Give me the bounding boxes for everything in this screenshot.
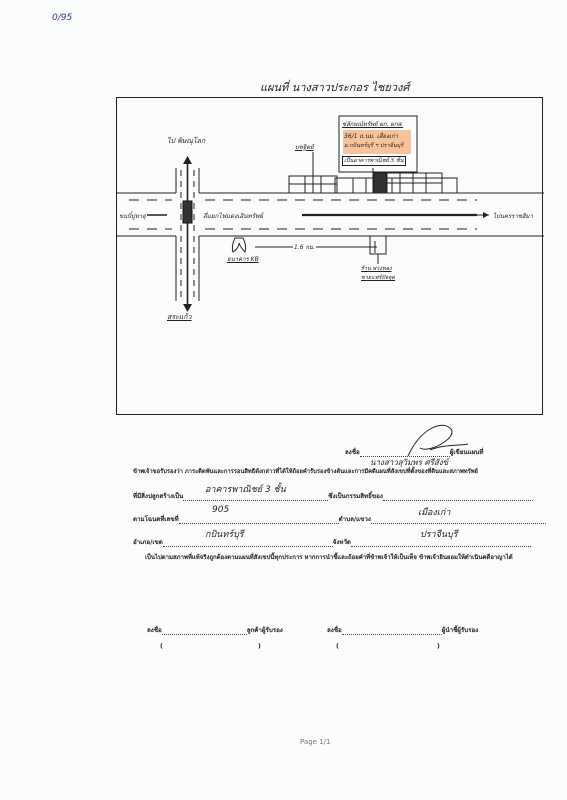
district-value: กบินทร์บุรี	[205, 527, 244, 541]
signature-scribble	[400, 420, 470, 460]
label-school: บขฐิตย์	[295, 142, 314, 152]
deed-label: ตามโฉนดที่เลขที่	[133, 516, 179, 523]
building-label: ที่มีสิ่งปลูกสร้างเป็น	[133, 493, 183, 500]
district-row: อำเภอ/เขตจังหวัด	[133, 537, 531, 547]
customer-paren-close: )	[258, 643, 261, 650]
district-label: อำเภอ/เขต	[133, 539, 163, 546]
sketch-map: ไป พิษณุโลก สระแก้ว ขนบิ๋ปูทาอุ ไปนครราช…	[116, 97, 543, 415]
document-number: 0/95	[52, 13, 72, 23]
label-shop-line2: ขายแฟร์ปัจจุด	[361, 274, 395, 282]
building-value: อาคารพาณิชย์ 3 ชั้น	[205, 482, 286, 496]
certification-statement: เป็นไปตามสภาพที่แท้จริงถูกต้องตามแผนที่ส…	[145, 552, 513, 562]
subdistrict-label: ตำบล/แขวง	[339, 516, 371, 523]
guide-paren-open: (	[336, 643, 339, 650]
traffic-light-icon	[183, 201, 192, 223]
deed-value: 905	[212, 505, 229, 515]
east-arrow-icon	[483, 212, 489, 218]
subdistrict-value: เมืองเก่า	[418, 505, 450, 519]
building-row: ที่มีสิ่งปลูกสร้างเป็นซึ่งเป็นกรรมสิทธิ์…	[133, 491, 533, 501]
guide-role: ผู้นำชี้ผู้รับรอง	[442, 627, 478, 634]
certification-intro: ข้าพเจ้าขอรับรองว่า ภาระติดพันและการรอนส…	[133, 466, 478, 476]
label-west-road: ขนบิ๋ปูทาอุ	[119, 211, 146, 221]
kbank-logo-icon	[232, 238, 245, 252]
south-arrow-icon	[183, 304, 192, 312]
north-south-road	[176, 160, 199, 308]
customer-signature-line: ลงชื่อลูกค้าผู้รับรอง	[147, 625, 283, 635]
label-traffic-light: สี่แยกไฟแดงเสินทรัพย์	[203, 211, 263, 221]
page-footer: Page 1/1	[300, 738, 330, 746]
province-value: ปราจีนบุรี	[420, 527, 458, 541]
north-arrow-icon	[183, 156, 192, 164]
sign-label: ลงชื่อ	[327, 627, 342, 634]
label-east-road: ไปนครราชสีมา	[493, 211, 533, 221]
guide-paren-close: )	[437, 643, 440, 650]
label-kbank: ธนาคาร KB	[227, 254, 259, 264]
label-south-road: สระแก้ว	[167, 312, 191, 323]
school-building	[289, 152, 337, 193]
customer-role: ลูกค้าผู้รับรอง	[247, 627, 283, 634]
sign-label: ลงชื่อ	[147, 627, 162, 634]
map-title: แผนที่ นางสาวประกอร ไชยวงศ์	[260, 78, 409, 96]
guide-signature-line: ลงชื่อผู้นำชี้ผู้รับรอง	[327, 625, 478, 635]
label-north-road: ไป พิษณุโลก	[167, 136, 205, 147]
province-label: จังหวัด	[333, 539, 351, 546]
label-shop-line1: ร้าน พวงทอง	[361, 265, 392, 273]
deed-row: ตามโฉนดที่เลขที่ตำบล/แขวง	[133, 514, 546, 524]
shop-building	[370, 236, 386, 264]
target-line2: 36/1 ถ.นม. เสื่องเก่า	[344, 131, 398, 141]
owner-label: ซึ่งเป็นกรรมสิทธิ์ของ	[328, 493, 383, 500]
sign-label: ลงชื่อ	[345, 449, 360, 456]
label-distance: 1.6 กม.	[293, 242, 316, 252]
target-line4: เป็นอาคารพาณิชย์ 3 ชั้น	[342, 156, 406, 166]
target-line3: อ.กบินทร์บุรี ฯ ปราจีนบุรี	[344, 142, 403, 150]
customer-paren-open: (	[160, 643, 163, 650]
target-line1: ชลักษณ์ทรัพย์ ผก. ผกส.	[342, 119, 403, 129]
